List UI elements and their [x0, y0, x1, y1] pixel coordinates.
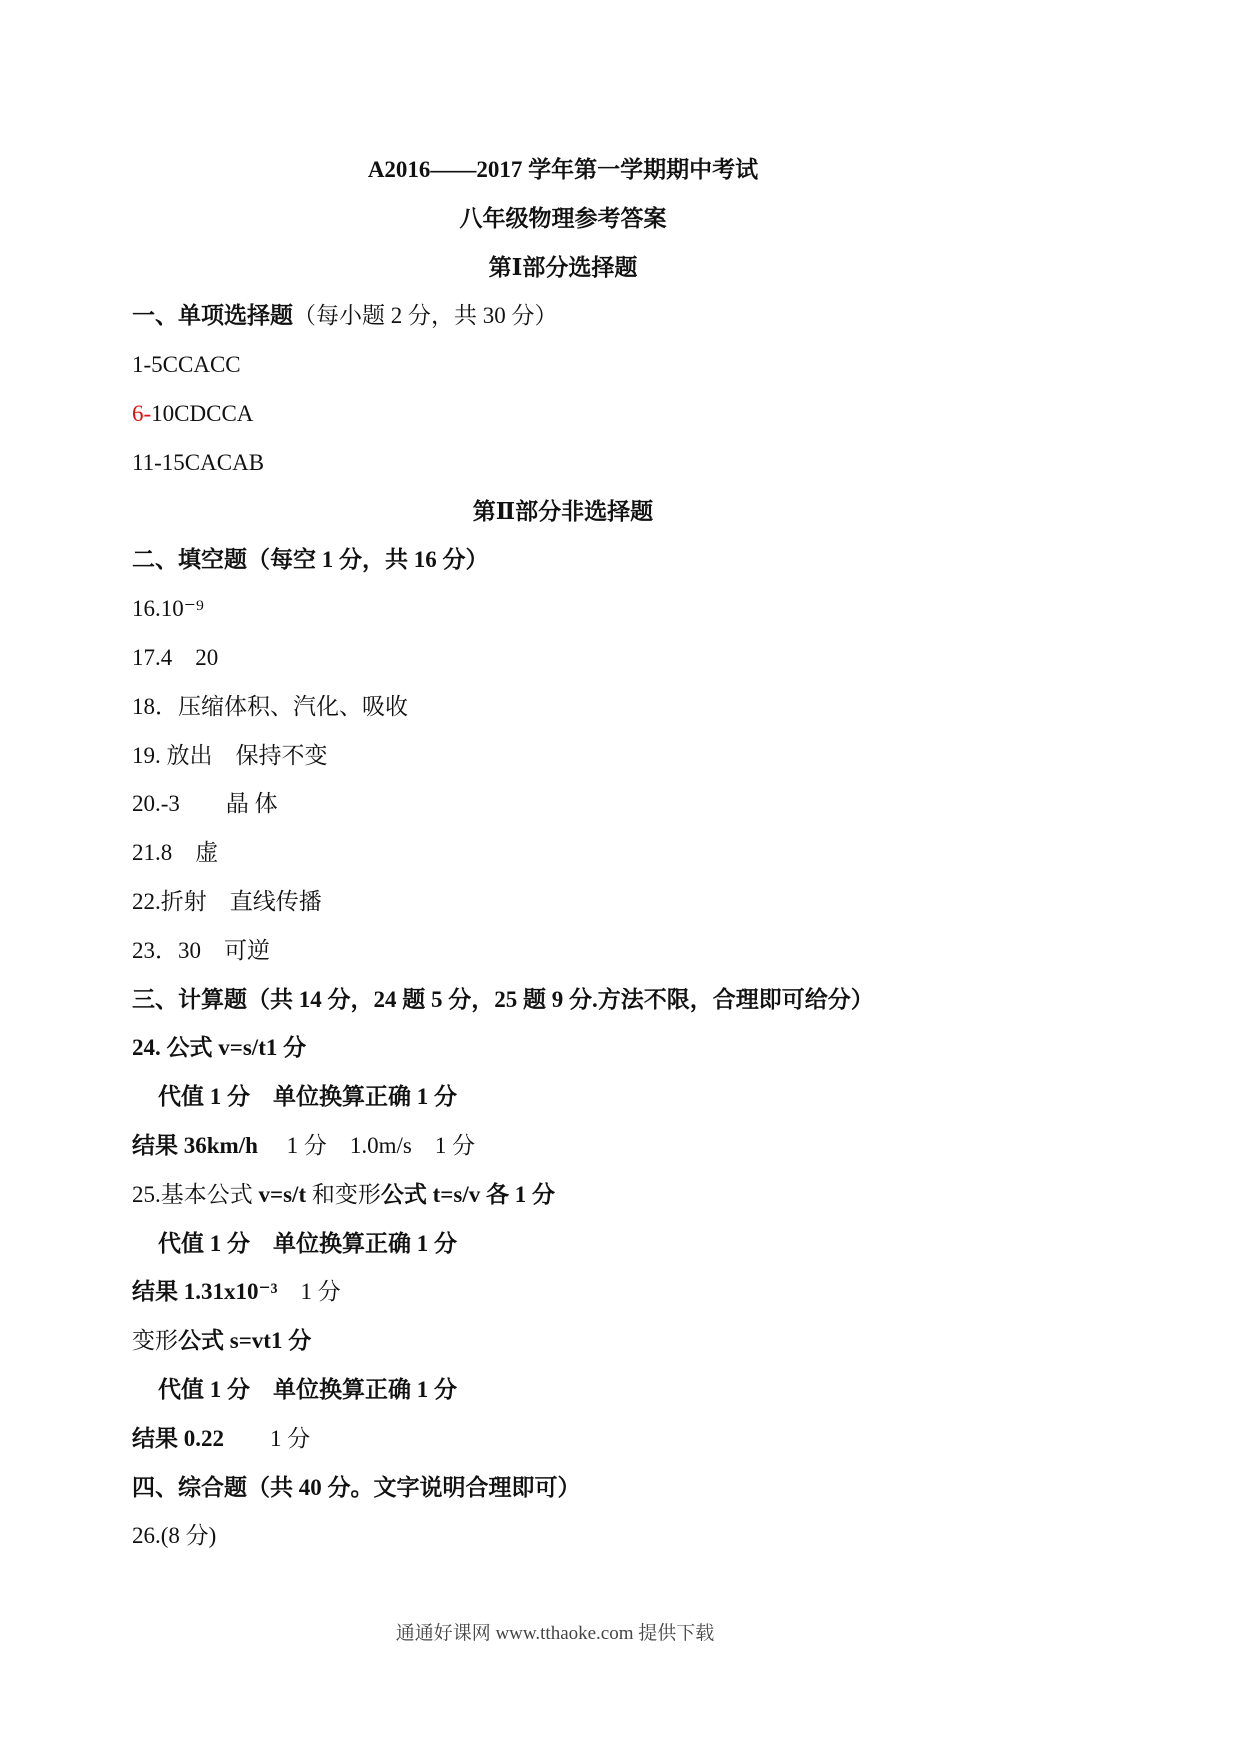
document-line: 22.折射 直线传播	[132, 878, 994, 927]
document-line: 变形公式 s=vt1 分	[132, 1317, 994, 1366]
text-segment: 1 分	[224, 1426, 310, 1451]
text-segment: 16.10⁻⁹	[132, 596, 204, 621]
document-line: 八年级物理参考答案	[132, 195, 994, 244]
document-line: 二、填空题（每空 1 分，共 16 分）	[132, 536, 994, 585]
text-segment: 代值 1 分 单位换算正确 1 分	[158, 1377, 457, 1402]
text-segment: 一、单项选择题	[132, 303, 293, 328]
text-segment: 21.8 虚	[132, 840, 218, 865]
text-segment: v=s/t	[259, 1182, 307, 1207]
document-page: A2016——2017 学年第一学期期中考试八年级物理参考答案第Ⅰ部分选择题一、…	[0, 0, 1240, 1754]
page-footer: 通通好课网 www.tthaoke.com 提供下载	[0, 1618, 1110, 1645]
document-line: 三、计算题（共 14 分，24 题 5 分，25 题 9 分.方法不限，合理即可…	[132, 976, 994, 1025]
text-segment: 11-15CACAB	[132, 450, 264, 475]
document-line: 第Ⅱ部分非选择题	[132, 488, 994, 537]
text-segment: 三、计算题（共 14 分，24 题 5 分，25 题 9 分.方法不限，合理即可…	[132, 987, 874, 1012]
text-segment: 第Ⅰ部分选择题	[489, 255, 638, 280]
document-line: 24. 公式 v=s/t1 分	[132, 1024, 994, 1073]
document-line: 结果 0.22 1 分	[132, 1415, 994, 1464]
text-segment: 23．30 可逆	[132, 938, 270, 963]
text-segment: 22.折射 直线传播	[132, 889, 322, 914]
document-body: A2016——2017 学年第一学期期中考试八年级物理参考答案第Ⅰ部分选择题一、…	[132, 146, 994, 1561]
text-segment: 19. 放出 保持不变	[132, 743, 328, 768]
text-segment: 1 分 1.0m/s 1 分	[258, 1133, 475, 1158]
document-line: 19. 放出 保持不变	[132, 732, 994, 781]
document-line: 代值 1 分 单位换算正确 1 分	[132, 1220, 994, 1269]
text-segment: 18．压缩体积、汽化、吸收	[132, 694, 408, 719]
document-line: 11-15CACAB	[132, 439, 994, 488]
document-line: 20.-3 晶 体	[132, 780, 994, 829]
text-segment: 24. 公式 v=s/t1 分	[132, 1035, 306, 1060]
document-line: 四、综合题（共 40 分。文字说明合理即可）	[132, 1464, 994, 1513]
text-segment: 八年级物理参考答案	[460, 206, 667, 231]
document-line: 17.4 20	[132, 634, 994, 683]
text-segment: 变形	[132, 1328, 178, 1353]
text-segment: 1 分	[278, 1279, 341, 1304]
text-segment: A2016——2017 学年第一学期期中考试	[368, 157, 758, 182]
document-line: 26.(8 分)	[132, 1512, 994, 1561]
footer-download-text: 通通好课网 www.tthaoke.com 提供下载	[396, 1623, 715, 1644]
document-line: 21.8 虚	[132, 829, 994, 878]
text-segment: 结果 1.31x10⁻³	[132, 1279, 278, 1304]
text-segment: 公式 t=s/v 各 1 分	[381, 1182, 555, 1207]
document-line: 25.基本公式 v=s/t 和变形公式 t=s/v 各 1 分	[132, 1171, 994, 1220]
text-segment: 结果 0.22	[132, 1426, 224, 1451]
document-line: 一、单项选择题（每小题 2 分，共 30 分）	[132, 292, 994, 341]
text-segment: 第Ⅱ部分非选择题	[473, 499, 653, 524]
document-line: 结果 1.31x10⁻³ 1 分	[132, 1268, 994, 1317]
text-segment: 二、填空题（每空 1 分，共 16 分）	[132, 547, 489, 572]
document-line: A2016——2017 学年第一学期期中考试	[132, 146, 994, 195]
text-segment: 17.4 20	[132, 645, 218, 670]
document-line: 18．压缩体积、汽化、吸收	[132, 683, 994, 732]
text-segment: （每小题 2 分，共 30 分）	[293, 303, 558, 328]
text-segment: 20.-3 晶 体	[132, 791, 278, 816]
document-line: 代值 1 分 单位换算正确 1 分	[132, 1073, 994, 1122]
text-segment: 25.基本公式	[132, 1182, 259, 1207]
text-segment: 结果 36km/h	[132, 1133, 258, 1158]
text-segment: 6-	[132, 401, 151, 426]
document-line: 第Ⅰ部分选择题	[132, 244, 994, 293]
text-segment: 四、综合题（共 40 分。文字说明合理即可）	[132, 1475, 581, 1500]
document-line: 代值 1 分 单位换算正确 1 分	[132, 1366, 994, 1415]
document-line: 16.10⁻⁹	[132, 585, 994, 634]
text-segment: 10CDCCA	[151, 401, 253, 426]
text-segment: 代值 1 分 单位换算正确 1 分	[158, 1084, 457, 1109]
document-line: 1-5CCACC	[132, 341, 994, 390]
document-line: 6-10CDCCA	[132, 390, 994, 439]
document-line: 23．30 可逆	[132, 927, 994, 976]
text-segment: 26.(8 分)	[132, 1523, 216, 1548]
document-line: 结果 36km/h 1 分 1.0m/s 1 分	[132, 1122, 994, 1171]
text-segment: 公式 s=vt1 分	[178, 1328, 311, 1353]
text-segment: 1-5CCACC	[132, 352, 241, 377]
text-segment: 代值 1 分 单位换算正确 1 分	[158, 1231, 457, 1256]
text-segment: 和变形	[306, 1182, 381, 1207]
